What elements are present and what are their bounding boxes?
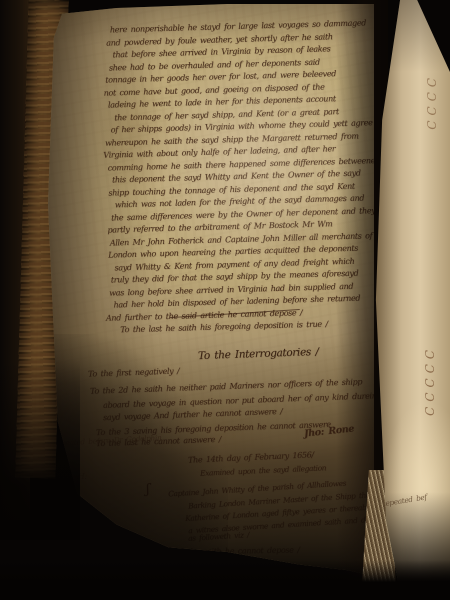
photo-stage: here nonperishable he stayd for large la… xyxy=(0,0,450,600)
shadow-fade xyxy=(0,360,80,540)
manuscript-photo: { "palette": { "background": "#070504", … xyxy=(0,0,450,600)
left-manuscript-page: here nonperishable he stayd for large la… xyxy=(48,4,374,576)
background-bottom xyxy=(0,560,450,600)
